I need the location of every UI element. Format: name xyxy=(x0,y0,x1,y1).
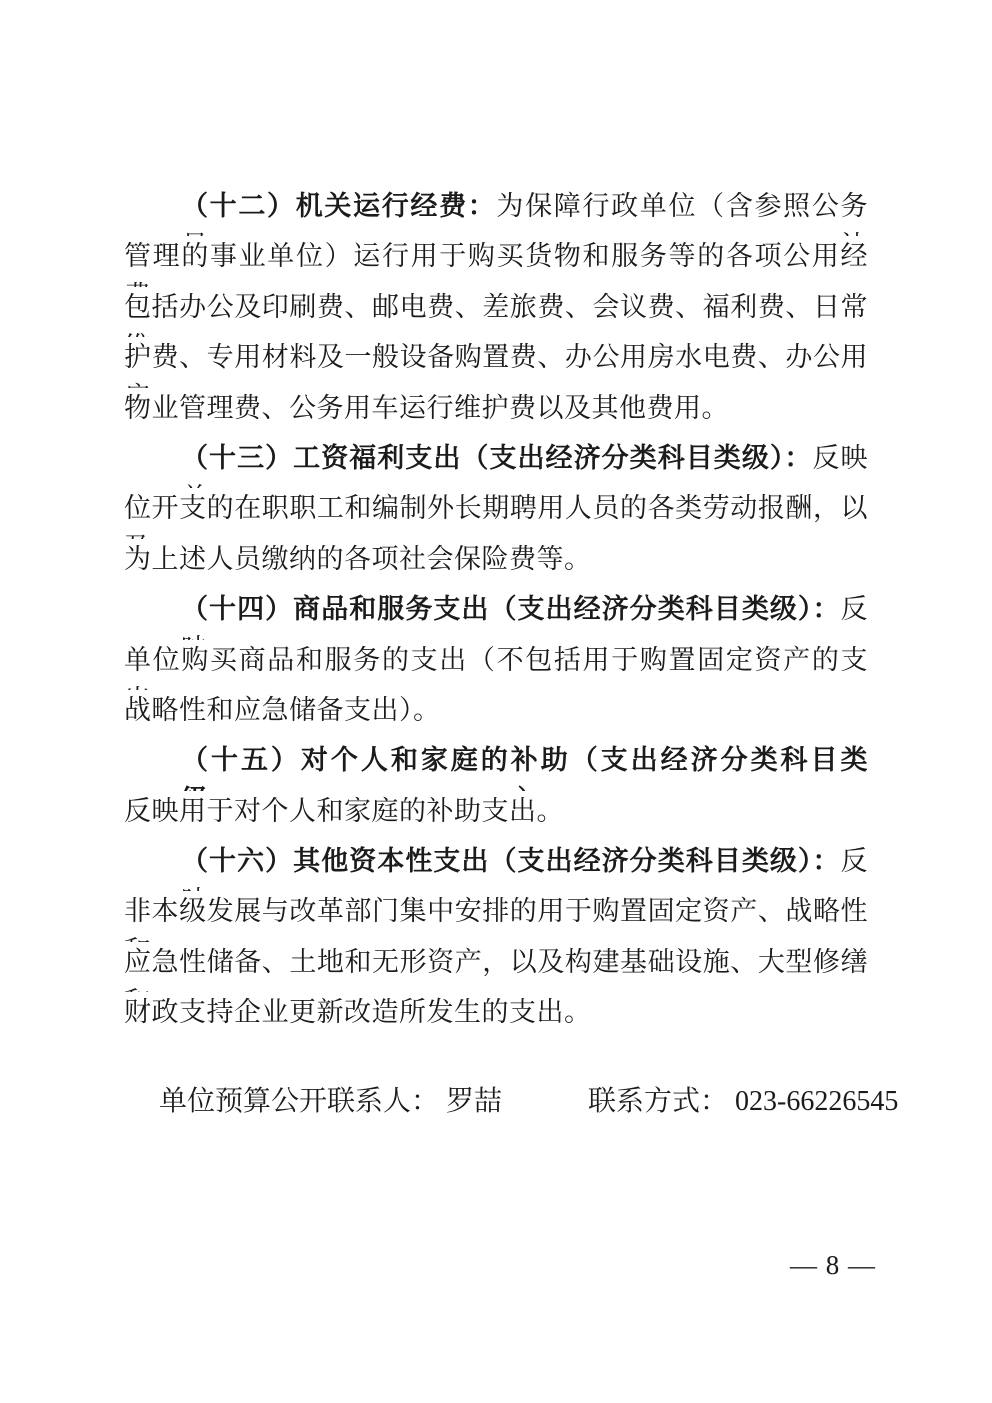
body-text: 位开支的在职职工和编制外长期聘用人员的各类劳动报酬，以及 xyxy=(124,493,868,538)
contact-line: 单位预算公开联系人： 罗喆 联系方式： 023-66226545 xyxy=(124,1082,868,1122)
section-heading-text: （十五）对个人和家庭的补助（支出经济分类科目类级）： xyxy=(181,745,868,790)
text-line: （十二）机关运行经费：为保障行政单位（含参照公务员法 xyxy=(124,186,868,236)
body-text: 财政支持企业更新改造所发生的支出。 xyxy=(124,997,592,1027)
text-line: 位开支的在职职工和编制外长期聘用人员的各类劳动报酬，以及 xyxy=(124,488,868,538)
body-text: 为上述人员缴纳的各项社会保险费等。 xyxy=(124,544,592,574)
body-text: 包括办公及印刷费、邮电费、差旅费、会议费、福利费、日常维 xyxy=(124,292,868,337)
body-text: 单位购买商品和服务的支出（不包括用于购置固定资产的支出、 xyxy=(124,645,868,690)
body-text: 护费、专用材料及一般设备购置费、办公用房水电费、办公用房 xyxy=(124,342,868,387)
text-line: 管理的事业单位）运行用于购买货物和服务等的各项公用经费， xyxy=(124,236,868,286)
contact-person-name: 罗喆 xyxy=(446,1086,502,1117)
text-line: （十三）工资福利支出（支出经济分类科目类级）：反映单 xyxy=(124,438,868,488)
body-text: 管理的事业单位）运行用于购买货物和服务等的各项公用经费， xyxy=(124,241,868,286)
text-line: 战略性和应急储备支出）。 xyxy=(124,690,868,740)
text-line: 财政支持企业更新改造所发生的支出。 xyxy=(124,992,868,1042)
text-line: 为上述人员缴纳的各项社会保险费等。 xyxy=(124,539,868,589)
contact-person-label: 单位预算公开联系人： xyxy=(159,1086,439,1117)
body-text: 战略性和应急储备支出）。 xyxy=(124,695,441,725)
text-line: 包括办公及印刷费、邮电费、差旅费、会议费、福利费、日常维 xyxy=(124,287,868,337)
text-line: （十五）对个人和家庭的补助（支出经济分类科目类级）： xyxy=(124,740,868,790)
text-line: 应急性储备、土地和无形资产，以及构建基础设施、大型修缮和 xyxy=(124,942,868,992)
body-text: 反映用于对个人和家庭的补助支出。 xyxy=(124,796,564,826)
contact-method-value: 023-66226545 xyxy=(735,1086,898,1117)
text-line: （十六）其他资本性支出（支出经济分类科目类级）：反映 xyxy=(124,841,868,891)
text-line: 护费、专用材料及一般设备购置费、办公用房水电费、办公用房 xyxy=(124,337,868,387)
section-heading-text: （十六）其他资本性支出（支出经济分类科目类级）： xyxy=(181,846,841,876)
document-body: （十二）机关运行经费：为保障行政单位（含参照公务员法管理的事业单位）运行用于购买… xyxy=(124,186,868,1043)
text-line: （十四）商品和服务支出（支出经济分类科目类级）：反映 xyxy=(124,589,868,639)
body-text: 物业管理费、公务用车运行维护费以及其他费用。 xyxy=(124,393,729,423)
body-text: 应急性储备、土地和无形资产，以及构建基础设施、大型修缮和 xyxy=(124,947,868,992)
section-heading-text: （十三）工资福利支出（支出经济分类科目类级）： xyxy=(181,443,812,473)
document-page: （十二）机关运行经费：为保障行政单位（含参照公务员法管理的事业单位）运行用于购买… xyxy=(0,0,992,1403)
section-heading-text: （十四）商品和服务支出（支出经济分类科目类级）： xyxy=(181,594,841,624)
text-line: 非本级发展与改革部门集中安排的用于购置固定资产、战略性和 xyxy=(124,891,868,941)
text-line: 单位购买商品和服务的支出（不包括用于购置固定资产的支出、 xyxy=(124,640,868,690)
contact-method-label: 联系方式： xyxy=(588,1086,728,1117)
section-heading-text: （十二）机关运行经费： xyxy=(181,191,496,221)
text-line: 物业管理费、公务用车运行维护费以及其他费用。 xyxy=(124,388,868,438)
page-number: — 8 — xyxy=(790,1250,876,1281)
text-line: 反映用于对个人和家庭的补助支出。 xyxy=(124,791,868,841)
body-text: 非本级发展与改革部门集中安排的用于购置固定资产、战略性和 xyxy=(124,896,868,941)
